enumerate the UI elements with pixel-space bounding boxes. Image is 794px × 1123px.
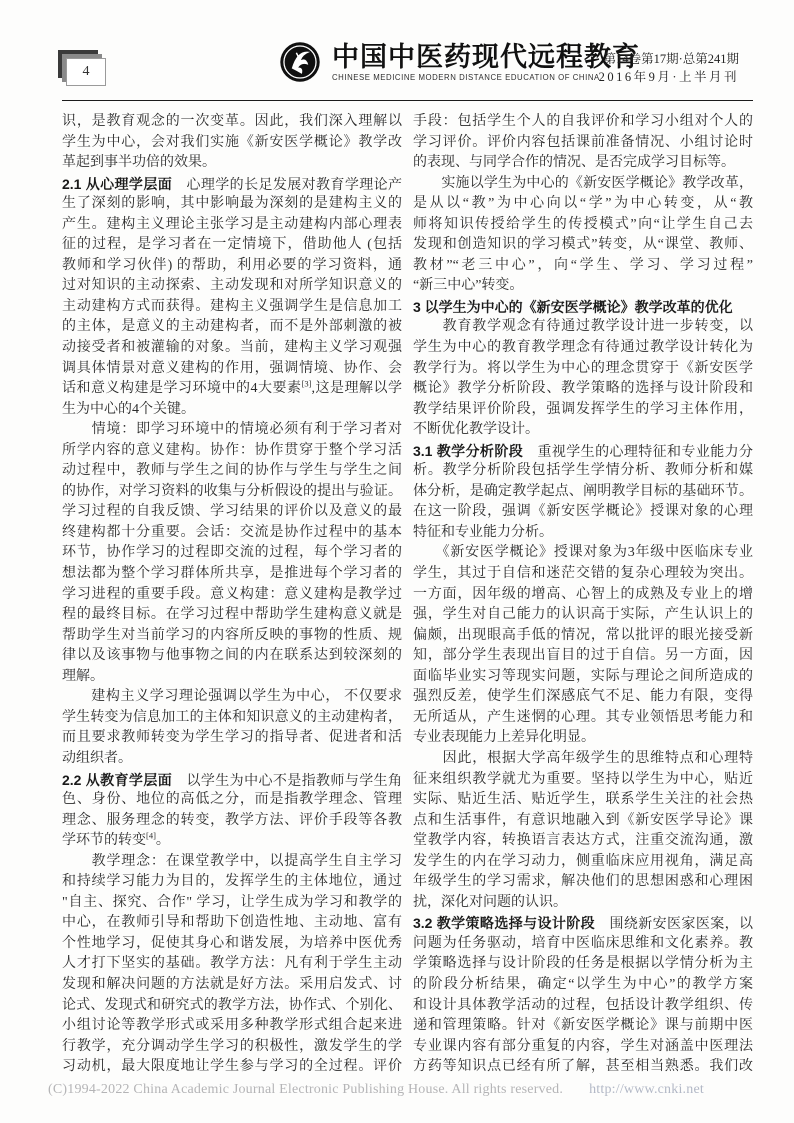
text-line: 体分析，是确定教学起点、阐明教学目标的基础环节。 xyxy=(413,482,753,503)
text-line: 征来组织教学就尤为重要。坚持以学生为中心，贴近 xyxy=(413,770,753,791)
text-line: 发学生的内在学习动力，侧重临床应用视角，满足高 xyxy=(413,852,753,873)
text-line: 情境：即学习环境中的情境必须有利于学习者对 xyxy=(62,420,402,441)
text-line: 递和管理策略。针对《新安医学概论》课与前期中医 xyxy=(413,1016,753,1037)
text-line: 教学理念：在课堂教学中，以提高学生自主学习 xyxy=(62,852,402,873)
journal-title-en: CHINESE MEDICINE MODERN DISTANCE EDUCATI… xyxy=(332,72,640,83)
text-line: 人才打下坚实的基础。教学方法：凡有利于学生主动 xyxy=(62,954,402,975)
text-line: 无所适从，产生迷惘的心理。其专业领悟思考能力和 xyxy=(413,708,753,729)
text-line: 和设计具体教学活动的过程，包括设计教学组织、传 xyxy=(413,996,753,1017)
text-line: 专业课内容有部分重复的内容，学生对涵盖中医理法 xyxy=(413,1037,753,1058)
header-divider xyxy=(62,100,753,101)
text-line: 特征和专业能力分析。 xyxy=(413,523,753,544)
right-column: 手段：包括学生个人的自我评价和学习小组对个人的学习评价。评价内容包括课前准备情况… xyxy=(413,112,753,1078)
text-line: 3.2 教学策略选择与设计阶段 围绕新安医家医案，以 xyxy=(413,913,753,934)
page-number: 4 xyxy=(66,58,106,86)
text-line: 在这一阶段，强调《新安医学概论》授课对象的心理 xyxy=(413,502,753,523)
text-line: 教育教学观念有待通过教学设计进一步转变，以 xyxy=(413,317,753,338)
text-line: 动过程中，教师与学生之间的协作与学生与学生之间 xyxy=(62,461,402,482)
text-line: 概论》教学分析阶段、教学策略的选择与设计阶段和 xyxy=(413,379,753,400)
text-line: 偏颇，出现眼高手低的情况，常以批评的眼光接受新 xyxy=(413,626,753,647)
text-line: 面临毕业实习等现实问题，实际与理论之间所造成的 xyxy=(413,667,753,688)
text-line: 析。教学分析阶段包括学生学情分析、教师分析和媒 xyxy=(413,461,753,482)
text-line: 动接受者和被灌输的对象。当前，建构主义学习观强 xyxy=(62,338,402,359)
text-line: 发现和创造知识的学习模式”转变，从“课堂、教师、 xyxy=(413,235,753,256)
text-line: 不断优化教学设计。 xyxy=(413,420,753,441)
text-line: 学环节的转变[4]。 xyxy=(62,831,402,852)
text-line: 的表现、与同学合作的情况、是否完成学习目标等。 xyxy=(413,153,753,174)
text-line: 色、身份、地位的高低之分，而是指教学理念、管理 xyxy=(62,790,402,811)
text-line: 知，部分学生表现出盲目的过于自信。另一方面，因 xyxy=(413,646,753,667)
text-line: “新三中心”转变。 xyxy=(413,276,753,297)
text-line: 行教学，充分调动学生学习的积极性，激发学生的学 xyxy=(62,1037,402,1058)
text-line: 实施以学生为中心的《新安医学概论》教学改革， xyxy=(413,174,753,195)
text-line: 建构主义学习理论强调以学生为中心， 不仅要求 xyxy=(62,687,402,708)
text-line: 的阶段分析结果，确定“以学生为中心”的教学方案 xyxy=(413,975,753,996)
text-line: 因此，根据大学高年级学生的思维特点和心理特 xyxy=(413,749,753,770)
journal-page: 4 中国中医药现代远程教育 CHINESE MEDICINE MODERN DI… xyxy=(0,0,794,1123)
issue-info: 第14卷第17期·总第241期 2016年9月·上半月刊 xyxy=(599,50,739,86)
text-line: 革起到事半功倍的效果。 xyxy=(62,153,402,174)
text-line: 学生，其过于自信和迷茫交错的复杂心理较为突出。 xyxy=(413,564,753,585)
text-line: 手段：包括学生个人的自我评价和学习小组对个人的 xyxy=(413,112,753,133)
text-line: 想法都为整个学习群体所共享，是推进每个学习者的 xyxy=(62,564,402,585)
issue-date: 2016年9月·上半月刊 xyxy=(599,68,739,86)
text-line: 个性地学习，促使其身心和谐发展，为培养中医优秀 xyxy=(62,934,402,955)
text-line: 教学结果评价阶段，强调发挥学生的学习主体作用， xyxy=(413,400,753,421)
text-line: 教材”“老三中心”，向“学生、学习、学习过程” xyxy=(413,256,753,277)
text-line: 强烈反差，使学生们深感底气不足、能力有限，变得 xyxy=(413,687,753,708)
text-line: 主动建构方式而获得。建构主义强调学生是信息加工 xyxy=(62,297,402,318)
text-line: 所学内容的意义建构。协作：协作贯穿于整个学习活 xyxy=(62,441,402,462)
text-line: 动组织者。 xyxy=(62,749,402,770)
text-line: 过对知识的主动探索、主动发现和对所学知识意义的 xyxy=(62,276,402,297)
page-number-box: 4 xyxy=(66,58,104,84)
text-line: 论式、发现式和研究式的教学方法，协作式、个别化、 xyxy=(62,996,402,1017)
text-line: 方药等知识点已经有所了解，甚至相当熟悉。我们改 xyxy=(413,1057,753,1078)
journal-titles: 中国中医药现代远程教育 CHINESE MEDICINE MODERN DIST… xyxy=(332,42,640,83)
article-body: 识，是教育观念的一次变革。因此，我们深入理解以学生为中心，会对我们实施《新安医学… xyxy=(62,112,753,1078)
text-line: 学生转变为信息加工的主体和知识意义的主动建构者， xyxy=(62,708,402,729)
text-line: 专业表现能力上差异化明显。 xyxy=(413,728,753,749)
footer-watermark: (C)1994-2022 China Academic Journal Elec… xyxy=(48,1082,768,1098)
journal-logo-icon xyxy=(278,40,322,84)
copyright-text: (C)1994-2022 China Academic Journal Elec… xyxy=(48,1082,563,1097)
text-line: 强，学生对自己能力的认识高于实际，产生认识上的 xyxy=(413,605,753,626)
text-line: "自主、探究、合作" 学习，让学生成为学习和教学的 xyxy=(62,893,402,914)
text-line: 理念、服务理念的转变，教学方法、评价手段等各教 xyxy=(62,811,402,832)
text-line: 发现和解决问题的方法就是好方法。采用启发式、讨 xyxy=(62,975,402,996)
text-line: 《新安医学概论》授课对象为3年级中医临床专业 xyxy=(413,543,753,564)
text-line: 中心，在教师引导和帮助下创造性地、主动地、富有 xyxy=(62,913,402,934)
text-line: 的协作，对学习资料的收集与分析假设的提出与验证。 xyxy=(62,482,402,503)
text-line: 的主体，是意义的主动建构者，而不是外部刺激的被 xyxy=(62,317,402,338)
text-line: 教师和学习伙伴) 的帮助，利用必要的学习资料，通 xyxy=(62,256,402,277)
text-line: 学生为中心，会对我们实施《新安医学概论》教学改 xyxy=(62,133,402,154)
text-line: 学习评价。评价内容包括课前准备情况、小组讨论时 xyxy=(413,133,753,154)
text-line: 识，是教育观念的一次变革。因此，我们深入理解以 xyxy=(62,112,402,133)
text-line: 征的过程，是学习者在一定情境下，借助他人 (包括 xyxy=(62,235,402,256)
text-line: 是从以“教”为中心向以“学”为中心转变，从“教 xyxy=(413,194,753,215)
text-line: 和持续学习能力为目的，发挥学生的主体地位，通过 xyxy=(62,872,402,893)
text-line: 而且要求教师转变为学生学习的指导者、促进者和活 xyxy=(62,728,402,749)
text-line: 话和意义构建是学习环境中的4大要素[3],这是理解以学 xyxy=(62,379,402,400)
cnki-url: http://www.cnki.net xyxy=(589,1082,704,1097)
text-line: 环节，协作学习的过程即交流的过程，每个学习者的 xyxy=(62,543,402,564)
text-line: 2.2 从教育学层面 以学生为中心不是指教师与学生角 xyxy=(62,770,402,791)
text-line: 程的最终目标。在学习过程中帮助学生建构意义就是 xyxy=(62,605,402,626)
text-line: 学习进程的重要手段。意义构建：意义建构是教学过 xyxy=(62,585,402,606)
text-line: 帮助学生对当前学习的内容所反映的事物的性质、规 xyxy=(62,626,402,647)
journal-logo-block: 中国中医药现代远程教育 CHINESE MEDICINE MODERN DIST… xyxy=(278,40,640,84)
text-line: 2.1 从心理学层面 心理学的长足发展对教育学理论产 xyxy=(62,174,402,195)
text-line: 3.1 教学分析阶段 重视学生的心理特征和专业能力分 xyxy=(413,441,753,462)
text-line: 终建构都十分重要。会话：交流是协作过程中的基本 xyxy=(62,523,402,544)
text-line: 学习过程的自我反馈、学习结果的评价以及意义的最 xyxy=(62,502,402,523)
text-line: 堂教学内容，转换语言表达方式，注重交流沟通，激 xyxy=(413,831,753,852)
text-line: 习动机，最大限度地让学生参与学习的全过程。评价 xyxy=(62,1057,402,1078)
page-header: 4 中国中医药现代远程教育 CHINESE MEDICINE MODERN DI… xyxy=(62,40,753,100)
left-column: 识，是教育观念的一次变革。因此，我们深入理解以学生为中心，会对我们实施《新安医学… xyxy=(62,112,402,1078)
text-line: 师将知识传授给学生的传授模式”向“让学生自己去 xyxy=(413,215,753,236)
text-line: 生了深刻的影响，其中影响最为深刻的是建构主义的 xyxy=(62,194,402,215)
text-line: 律以及该事物与他事物之间的内在联系达到较深刻的 xyxy=(62,646,402,667)
issue-volume: 第14卷第17期·总第241期 xyxy=(599,50,739,68)
journal-title-cn: 中国中医药现代远程教育 xyxy=(332,42,640,72)
text-line: 点和生活事件，有意识地融入到《新安医学导论》课 xyxy=(413,811,753,832)
text-line: 一方面，因年级的增高、心智上的成熟及专业上的增 xyxy=(413,585,753,606)
text-line: 学策略选择与设计阶段的任务是根据以学情分析为主 xyxy=(413,954,753,975)
text-line: 3 以学生为中心的《新安医学概论》教学改革的优化 xyxy=(413,297,753,318)
text-line: 调具体情景对意义建构的作用，强调情境、协作、会 xyxy=(62,359,402,380)
text-line: 理解。 xyxy=(62,667,402,688)
text-line: 学生为中心的教育教学理念有待通过教学设计转化为 xyxy=(413,338,753,359)
text-line: 年级学生的学习需求，解决他们的思想困惑和心理困 xyxy=(413,872,753,893)
text-line: 产生。建构主义理论主张学习是主动建构内部心理表 xyxy=(62,215,402,236)
text-line: 实际、贴近生活、贴近学生，联系学生关注的社会热 xyxy=(413,790,753,811)
text-line: 小组讨论等教学形式或采用多种教学形式组合起来进 xyxy=(62,1016,402,1037)
text-line: 问题为任务驱动，培育中医临床思维和文化素养。教 xyxy=(413,934,753,955)
text-line: 教学行为。将以学生为中心的理念贯穿于《新安医学 xyxy=(413,359,753,380)
text-line: 生为中心的4个关键。 xyxy=(62,400,402,421)
text-line: 扰，深化对问题的认识。 xyxy=(413,893,753,914)
